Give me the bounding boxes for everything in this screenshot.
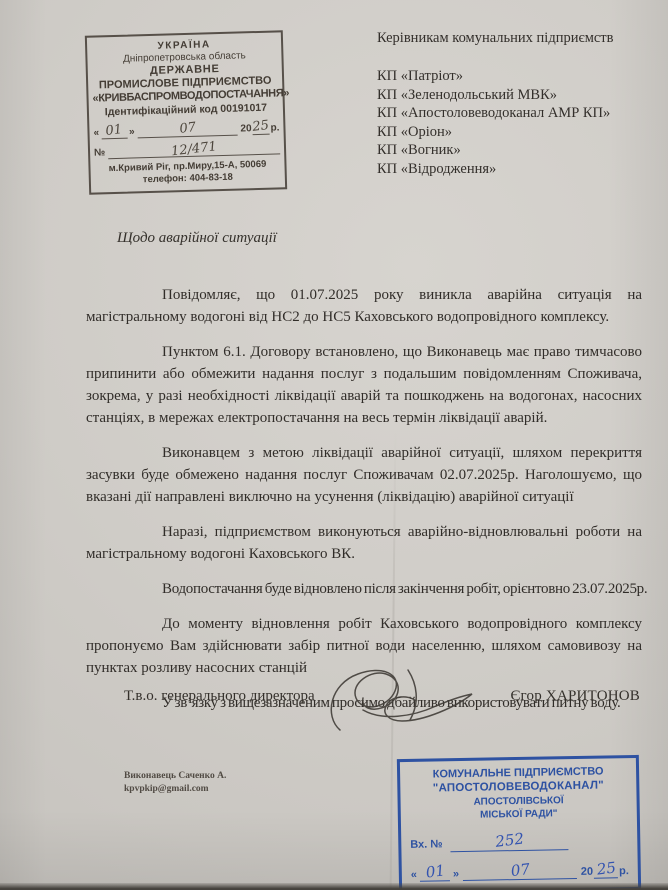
recipient-item: КП «Патріот» (377, 67, 614, 86)
incoming-stamp: КОМУНАЛЬНЕ ПІДПРИЄМСТВО "АПОСТОЛОВЕВОДОК… (397, 755, 641, 890)
quote-close: » (453, 867, 459, 881)
incoming-date-row: « 01 » 07 20 25 р. (411, 858, 629, 882)
stamp-date-row: « 01 » 07 20 25 р. (93, 118, 279, 140)
recipient-item: КП «Апостоловеводоканал АМР КП» (377, 104, 614, 123)
scanned-letter-page: УКРАЇНА Дніпропетровська область ДЕРЖАВН… (0, 0, 668, 890)
incoming-reg-row: Вх. № 252 (410, 828, 628, 852)
stamp-date-day-field: 01 (101, 122, 127, 139)
recipients-header: Керівникам комунальних підприємств (377, 30, 614, 47)
paragraph-4: Наразі, підприємством виконуються аварій… (86, 521, 642, 565)
signature-scribble (320, 650, 480, 745)
executor-block: Виконавець Саченко А. kpvpkip@gmail.com (124, 770, 226, 796)
handwritten-number: 12/471 (171, 139, 218, 160)
stamp-number-row: № 12/471 (94, 138, 280, 160)
recipient-item: КП «Оріон» (377, 123, 614, 142)
incoming-day-field: 01 (420, 861, 450, 882)
handwritten-month: 07 (178, 120, 196, 137)
paragraph-1: Повідомляє, що 01.07.2025 року виникла а… (86, 284, 642, 328)
signature-title: Т.в.о. генерального директора (124, 688, 315, 705)
quote-close: » (129, 126, 135, 138)
executor-email: kpvpkip@gmail.com (124, 783, 226, 796)
recipients-block: Керівникам комунальних підприємств КП «П… (377, 30, 614, 178)
incoming-line-4: МІСЬКОЇ РАДИ" (410, 806, 628, 823)
handwritten-year: 25 (595, 858, 616, 880)
handwritten-year: 25 (252, 118, 270, 135)
year-prefix: 20 (581, 865, 593, 880)
paragraph-5: Водопостачання буде відновлено після зак… (86, 578, 642, 600)
incoming-year-field: 25 (594, 858, 618, 879)
reg-number-field: 252 (450, 829, 568, 852)
photo-edge-shadow (0, 883, 668, 890)
sender-stamp: УКРАЇНА Дніпропетровська область ДЕРЖАВН… (85, 30, 287, 195)
incoming-month-field: 07 (463, 859, 577, 881)
handwritten-day: 01 (424, 861, 445, 883)
year-suffix: р. (619, 864, 629, 878)
stamp-number-field: 12/471 (108, 138, 280, 159)
quote-open: « (93, 127, 99, 139)
recipient-item: КП «Зеленодольський МВК» (377, 86, 614, 105)
handwritten-reg-number: 252 (494, 830, 525, 853)
stamp-date-month-field: 07 (137, 119, 237, 138)
paragraph-3: Виконавцем з метою ліквідації аварійної … (86, 442, 642, 508)
year-suffix: р. (270, 122, 279, 134)
paragraph-2: Пунктом 6.1. Договору встановлено, що Ви… (86, 341, 642, 429)
signature-name: Єгор ХАРИТОНОВ (510, 688, 640, 705)
executor-name: Виконавець Саченко А. (124, 770, 226, 783)
subject-line: Щодо аварійної ситуації (117, 230, 277, 247)
reg-label: Вх. № (410, 838, 443, 853)
stamp-date-year-field: 25 (252, 118, 269, 135)
recipient-item: КП «Відродження» (377, 160, 614, 179)
handwritten-month: 07 (509, 860, 530, 882)
year-prefix: 20 (240, 123, 251, 135)
number-label: № (94, 148, 105, 160)
recipient-item: КП «Вогник» (377, 141, 614, 160)
quote-open: « (411, 868, 417, 882)
handwritten-day: 01 (105, 122, 123, 139)
